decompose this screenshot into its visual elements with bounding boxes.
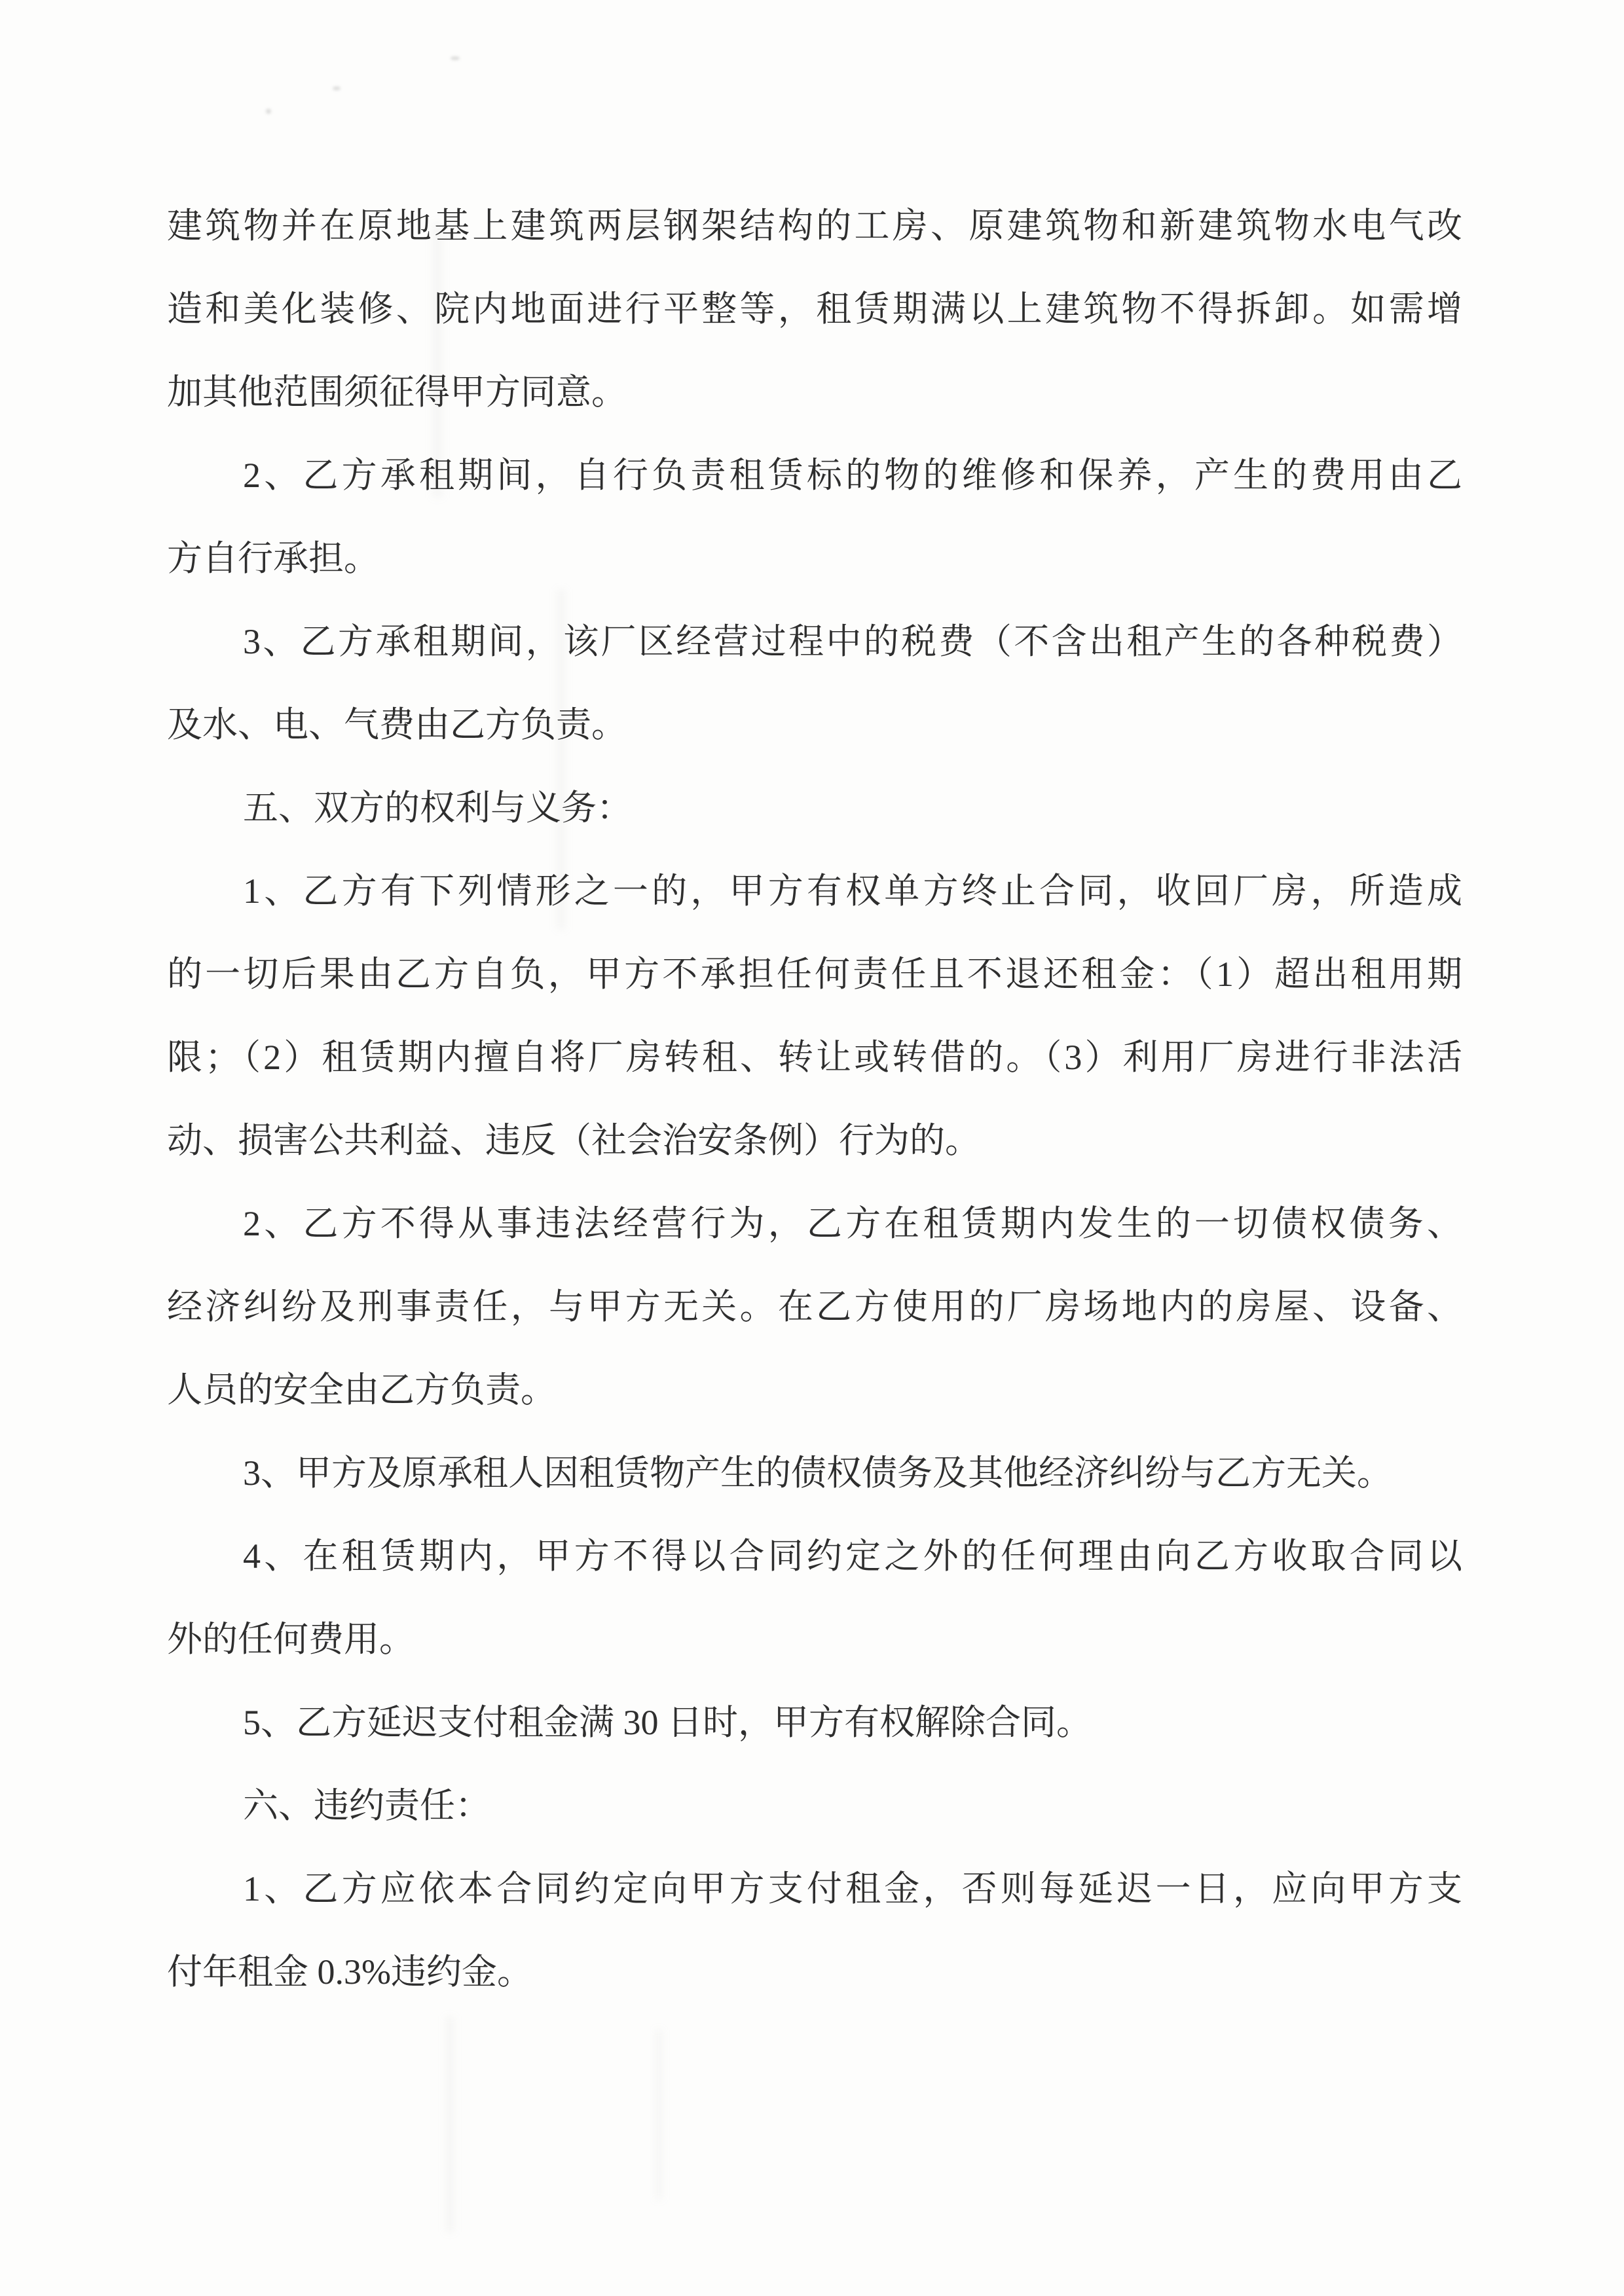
contract-text-line: 加其他范围须征得甲方同意。 — [167, 351, 1462, 434]
contract-text-line: 建筑物并在原地基上建筑两层钢架结构的工房、原建筑物和新建筑物水电气改 — [167, 185, 1462, 268]
contract-text-line: 及水、电、气费由乙方负责。 — [167, 683, 1462, 767]
contract-text-line: 外的任何费用。 — [167, 1598, 1462, 1681]
contract-text-line: 经济纠纷及刑事责任，与甲方无关。在乙方使用的厂房场地内的房屋、设备、 — [167, 1266, 1462, 1349]
contract-text-line: 2、乙方承租期间，自行负责租赁标的物的维修和保养，产生的费用由乙 — [167, 434, 1462, 517]
scan-speck — [451, 56, 460, 60]
contract-text-line: 4、在租赁期内，甲方不得以合同约定之外的任何理由向乙方收取合同以 — [167, 1515, 1462, 1598]
contract-text-line: 五、双方的权利与义务： — [167, 767, 1462, 850]
contract-text-line: 3、甲方及原承租人因租赁物产生的债权债务及其他经济纠纷与乙方无关。 — [167, 1432, 1462, 1515]
contract-text-line: 1、乙方有下列情形之一的，甲方有权单方终止合同，收回厂房，所造成 — [167, 850, 1462, 933]
contract-body: 建筑物并在原地基上建筑两层钢架结构的工房、原建筑物和新建筑物水电气改 造和美化装… — [167, 185, 1462, 2014]
contract-text-line: 六、违约责任： — [167, 1764, 1462, 1848]
contract-text-line: 的一切后果由乙方自负，甲方不承担任何责任且不退还租金：（1）超出租用期 — [167, 933, 1462, 1016]
contract-text-line: 动、损害公共利益、违反（社会治安条例）行为的。 — [167, 1099, 1462, 1182]
contract-text-line: 限；（2）租赁期内擅自将厂房转租、转让或转借的。（3）利用厂房进行非法活 — [167, 1016, 1462, 1099]
scan-speck — [333, 86, 341, 90]
contract-text-line: 造和美化装修、院内地面进行平整等，租赁期满以上建筑物不得拆卸。如需增 — [167, 268, 1462, 351]
contract-text-line: 方自行承担。 — [167, 517, 1462, 600]
contract-text-line: 付年租金 0.3%违约金。 — [167, 1931, 1462, 2014]
contract-text-line: 1、乙方应依本合同约定向甲方支付租金，否则每延迟一日，应向甲方支 — [167, 1848, 1462, 1931]
scan-streak — [655, 2030, 663, 2200]
scanned-contract-page: 建筑物并在原地基上建筑两层钢架结构的工房、原建筑物和新建筑物水电气改 造和美化装… — [0, 0, 1624, 2296]
contract-text-line: 3、乙方承租期间，该厂区经营过程中的税费（不含出租产生的各种税费） — [167, 600, 1462, 683]
contract-text-line: 2、乙方不得从事违法经营行为，乙方在租赁期内发生的一切债权债务、 — [167, 1182, 1462, 1266]
scan-streak — [445, 2016, 454, 2232]
contract-text-line: 5、乙方延迟支付租金满 30 日时，甲方有权解除合同。 — [167, 1681, 1462, 1764]
contract-text-line: 人员的安全由乙方负责。 — [167, 1349, 1462, 1432]
scan-speck — [266, 109, 271, 114]
